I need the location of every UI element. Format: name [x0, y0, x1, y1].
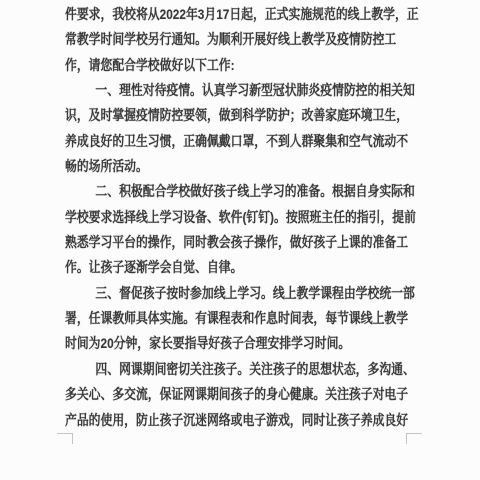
text-line: 时间为20分钟，家长要指导好孩子合理安排学习时间。 [65, 331, 471, 356]
notice-body-text: 件要求，我校将从2022年3月17日起，正式实施规范的线上教学，正 常教学时间学… [65, 2, 471, 433]
text-boundary-corner-mark-left-icon [57, 433, 73, 444]
text-line: 识，及时掌握疫情防控要领，做到科学防护；改善家庭环境卫生， [65, 103, 471, 128]
text-line: 三、督促孩子按时参加线上学习。线上教学课程由学校统一部 [65, 281, 471, 306]
text-line: 学校要求选择线上学习设备、软件(钉钉)。按照班主任的指引，提前 [65, 205, 471, 230]
text-line: 四、网课期间密切关注孩子。关注孩子的思想状态，多沟通、 [65, 357, 471, 382]
document-page: 件要求，我校将从2022年3月17日起，正式实施规范的线上教学，正 常教学时间学… [0, 0, 480, 480]
text-line: 一、理性对待疫情。认真学习新型冠状肺炎疫情防控的相关知 [65, 78, 471, 103]
text-line: 产品的使用，防止孩子沉迷网络或电子游戏，同时让孩子养成良好 [65, 408, 471, 433]
text-line: 熟悉学习平台的操作，同时教会孩子操作，做好孩子上课的准备工 [65, 230, 471, 255]
text-line: 作，请您配合学校做好以下工作: [65, 53, 471, 78]
text-boundary-corner-mark-right-icon [406, 433, 422, 444]
text-line: 署，任课教师具体实施。有课程表和作息时间表，每节课线上教学 [65, 306, 471, 331]
text-line: 件要求，我校将从2022年3月17日起，正式实施规范的线上教学，正 [65, 2, 471, 27]
text-line: 作。让孩子逐渐学会自觉、自律。 [65, 255, 471, 280]
text-line: 养成良好的卫生习惯，正确佩戴口罩，不到人群聚集和空气流动不 [65, 129, 471, 154]
text-line: 常教学时间学校另行通知。为顺利开展好线上教学及疫情防控工 [65, 27, 471, 52]
text-line: 多关心、多交流，保证网课期间孩子的身心健康。关注孩子对电子 [65, 382, 471, 407]
text-line: 二、积极配合学校做好孩子线上学习的准备。根据自身实际和 [65, 179, 471, 204]
text-line: 畅的场所活动。 [65, 154, 471, 179]
